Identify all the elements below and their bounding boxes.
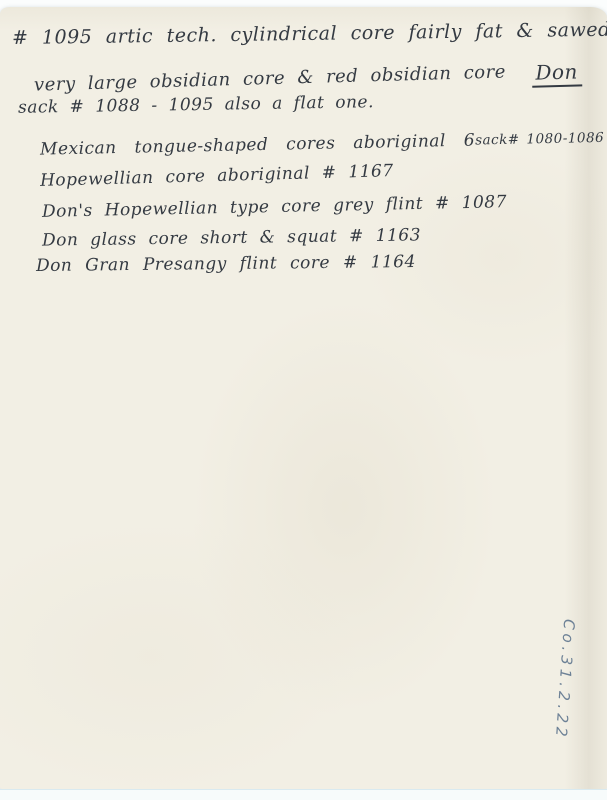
note-line-text: sack # 1088 - 1095 also a flat one. [18,92,374,118]
note-line-text: Mexican tongue-shaped cores aboriginal 6 [40,131,475,160]
scan-edge-strip [0,789,607,800]
sack-number-reference: sack# 1080-1086 [475,128,604,149]
note-line: Mexican tongue-shaped cores aboriginal 6… [40,128,578,159]
don-underlined-label: Don [531,59,582,87]
note-line-text: Hopewellian core aboriginal # 1167 [40,161,394,191]
note-line-text: Don's Hopewellian type core grey flint #… [42,192,507,222]
note-line: Don Gran Presangy flint core # 1164 [36,252,416,276]
note-line: sack # 1088 - 1095 also a flat one. [18,92,374,118]
note-line: Hopewellian core aboriginal # 1167 [40,161,394,191]
note-line: Don's Hopewellian type core grey flint #… [42,192,507,222]
scan-background: # 1095 artic tech. cylindrical core fair… [0,0,607,800]
note-line: Don glass core short & squat # 1163 [42,225,421,250]
note-line: # 1095 artic tech. cylindrical core fair… [12,19,588,54]
catalog-number: Co.31.2.22 [552,619,578,742]
paper-sheet: # 1095 artic tech. cylindrical core fair… [0,7,607,789]
note-line-text: # 1095 artic tech. cylindrical core fair… [12,19,607,49]
note-line-text: Don glass core short & squat # 1163 [42,225,421,250]
note-line-text: Don Gran Presangy flint core # 1164 [36,252,416,276]
note-line-text: very large obsidian core & red obsidian … [34,61,506,95]
